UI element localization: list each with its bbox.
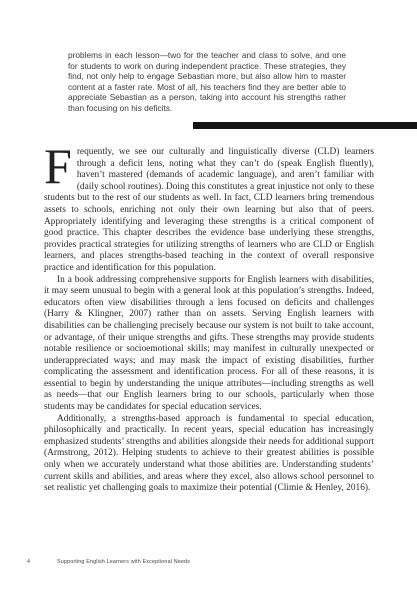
paragraph: In a book addressing comprehensive suppo… xyxy=(44,275,374,414)
paragraph: Additionally, a strengths-based approach… xyxy=(44,414,374,495)
page-footer: 4 Supporting English Learners with Excep… xyxy=(0,559,417,571)
chapter-divider-rule xyxy=(193,122,417,129)
dropcap-letter: F xyxy=(44,149,72,183)
running-title: Supporting English Learners with Excepti… xyxy=(57,559,190,565)
opening-paragraph-text: requently, we see our culturally and lin… xyxy=(44,147,374,273)
body-text: Frequently, we see our culturally and li… xyxy=(44,147,374,495)
page-number: 4 xyxy=(27,559,30,565)
opening-paragraph: Frequently, we see our culturally and li… xyxy=(44,147,374,275)
excerpt-paragraph: problems in each lesson—two for the teac… xyxy=(68,50,346,113)
book-page: problems in each lesson—two for the teac… xyxy=(0,0,417,595)
